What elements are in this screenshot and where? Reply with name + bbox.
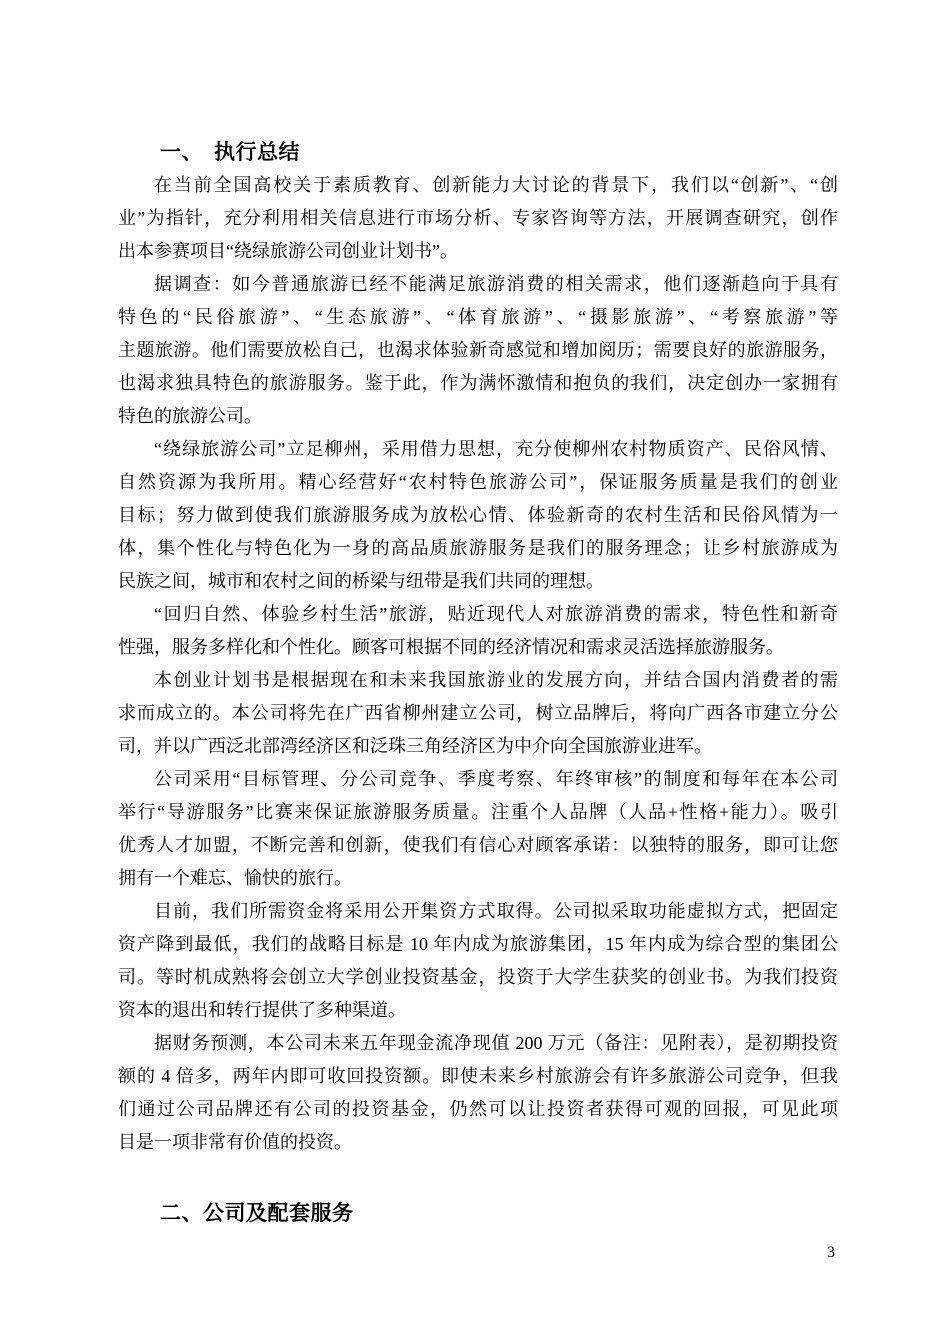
text-line: 出本参赛项目“绕绿旅游公司创业计划书”。 — [118, 235, 838, 268]
paragraph: “回归自然、体验乡村生活”旅游，贴近现代人对旅游消费的需求，特色性和新奇性强，服… — [118, 598, 838, 664]
text-line: 业”为指针，充分利用相关信息进行市场分析、专家咨询等方法，开展调查研究，创作 — [118, 202, 838, 235]
text-line: 目标；努力做到使我们旅游服务成为放松心情、体验新奇的农村生活和民俗风情为一 — [118, 499, 838, 532]
text-line: 求而成立的。本公司将先在广西省柳州建立公司，树立品牌后，将向广西各市建立分公 — [118, 697, 838, 730]
text-line: 据财务预测，本公司未来五年现金流净现值 200 万元（备注：见附表），是初期投资 — [118, 1027, 838, 1060]
paragraph: 在当前全国高校关于素质教育、创新能力大讨论的背景下，我们以“创新”、“创业”为指… — [118, 169, 838, 268]
page-number: 3 — [827, 1242, 835, 1264]
text-line: 自然资源为我所用。精心经营好“农村特色旅游公司”，保证服务质量是我们的创业 — [118, 466, 838, 499]
paragraph: 本创业计划书是根据现在和未来我国旅游业的发展方向，并结合国内消费者的需求而成立的… — [118, 664, 838, 763]
text-line: 也渴求独具特色的旅游服务。鉴于此，作为满怀激情和抱负的我们，决定创办一家拥有 — [118, 367, 838, 400]
paragraph: “绕绿旅游公司”立足柳州，采用借力思想，充分使柳州农村物质资产、民俗风情、自然资… — [118, 433, 838, 598]
text-line: 司。等时机成熟将会创立大学创业投资基金，投资于大学生获奖的创业书。为我们投资 — [118, 961, 838, 994]
text-line: 举行“导游服务”比赛来保证旅游服务质量。注重个人品牌（人品+性格+能力）。吸引 — [118, 796, 838, 829]
text-line: 额的 4 倍多，两年内即可收回投资额。即使未来乡村旅游会有许多旅游公司竞争，但我 — [118, 1060, 838, 1093]
text-line: 拥有一个难忘、愉快的旅行。 — [118, 862, 838, 895]
text-line: 主题旅游。他们需要放松自己，也渴求体验新奇感觉和增加阅历；需要良好的旅游服务， — [118, 334, 838, 367]
document-page: 一、 执行总结在当前全国高校关于素质教育、创新能力大讨论的背景下，我们以“创新”… — [0, 0, 950, 1344]
text-line: 公司采用“目标管理、分公司竞争、季度考察、年终审核”的制度和每年在本公司 — [118, 763, 838, 796]
text-line: 资产降到最低，我们的战略目标是 10 年内成为旅游集团，15 年内成为综合型的集… — [118, 928, 838, 961]
text-line: 优秀人才加盟，不断完善和创新，使我们有信心对顾客承诺：以独特的服务，即可让您 — [118, 829, 838, 862]
text-line: 特色的“民俗旅游”、“生态旅游”、“体育旅游”、“摄影旅游”、“考察旅游”等 — [118, 301, 838, 334]
text-line: 性强，服务多样化和个性化。顾客可根据不同的经济情况和需求灵活选择旅游服务。 — [118, 631, 838, 664]
text-line: 们通过公司品牌还有公司的投资基金，仍然可以让投资者获得可观的回报，可见此项 — [118, 1093, 838, 1126]
text-line: 特色的旅游公司。 — [118, 400, 838, 433]
text-line: 资本的退出和转行提供了多种渠道。 — [118, 994, 838, 1027]
text-line: “绕绿旅游公司”立足柳州，采用借力思想，充分使柳州农村物质资产、民俗风情、 — [118, 433, 838, 466]
section-heading: 一、 执行总结 — [118, 136, 838, 169]
paragraph: 据财务预测，本公司未来五年现金流净现值 200 万元（备注：见附表），是初期投资… — [118, 1027, 838, 1159]
section-heading: 二、公司及配套服务 — [118, 1197, 838, 1230]
text-line: 在当前全国高校关于素质教育、创新能力大讨论的背景下，我们以“创新”、“创 — [118, 169, 838, 202]
paragraph: 据调查：如今普通旅游已经不能满足旅游消费的相关需求，他们逐渐趋向于具有特色的“民… — [118, 268, 838, 433]
paragraph: 目前，我们所需资金将采用公开集资方式取得。公司拟采取功能虚拟方式，把固定资产降到… — [118, 895, 838, 1027]
document-content: 一、 执行总结在当前全国高校关于素质教育、创新能力大讨论的背景下，我们以“创新”… — [118, 136, 838, 1230]
text-line: 目是一项非常有价值的投资。 — [118, 1126, 838, 1159]
paragraph: 公司采用“目标管理、分公司竞争、季度考察、年终审核”的制度和每年在本公司举行“导… — [118, 763, 838, 895]
text-line: “回归自然、体验乡村生活”旅游，贴近现代人对旅游消费的需求，特色性和新奇 — [118, 598, 838, 631]
text-line: 体，集个性化与特色化为一身的高品质旅游服务是我们的服务理念；让乡村旅游成为 — [118, 532, 838, 565]
text-line: 据调查：如今普通旅游已经不能满足旅游消费的相关需求，他们逐渐趋向于具有 — [118, 268, 838, 301]
text-line: 本创业计划书是根据现在和未来我国旅游业的发展方向，并结合国内消费者的需 — [118, 664, 838, 697]
text-line: 民族之间，城市和农村之间的桥梁与纽带是我们共同的理想。 — [118, 565, 838, 598]
text-line: 司，并以广西泛北部湾经济区和泛珠三角经济区为中介向全国旅游业进军。 — [118, 730, 838, 763]
text-line: 目前，我们所需资金将采用公开集资方式取得。公司拟采取功能虚拟方式，把固定 — [118, 895, 838, 928]
